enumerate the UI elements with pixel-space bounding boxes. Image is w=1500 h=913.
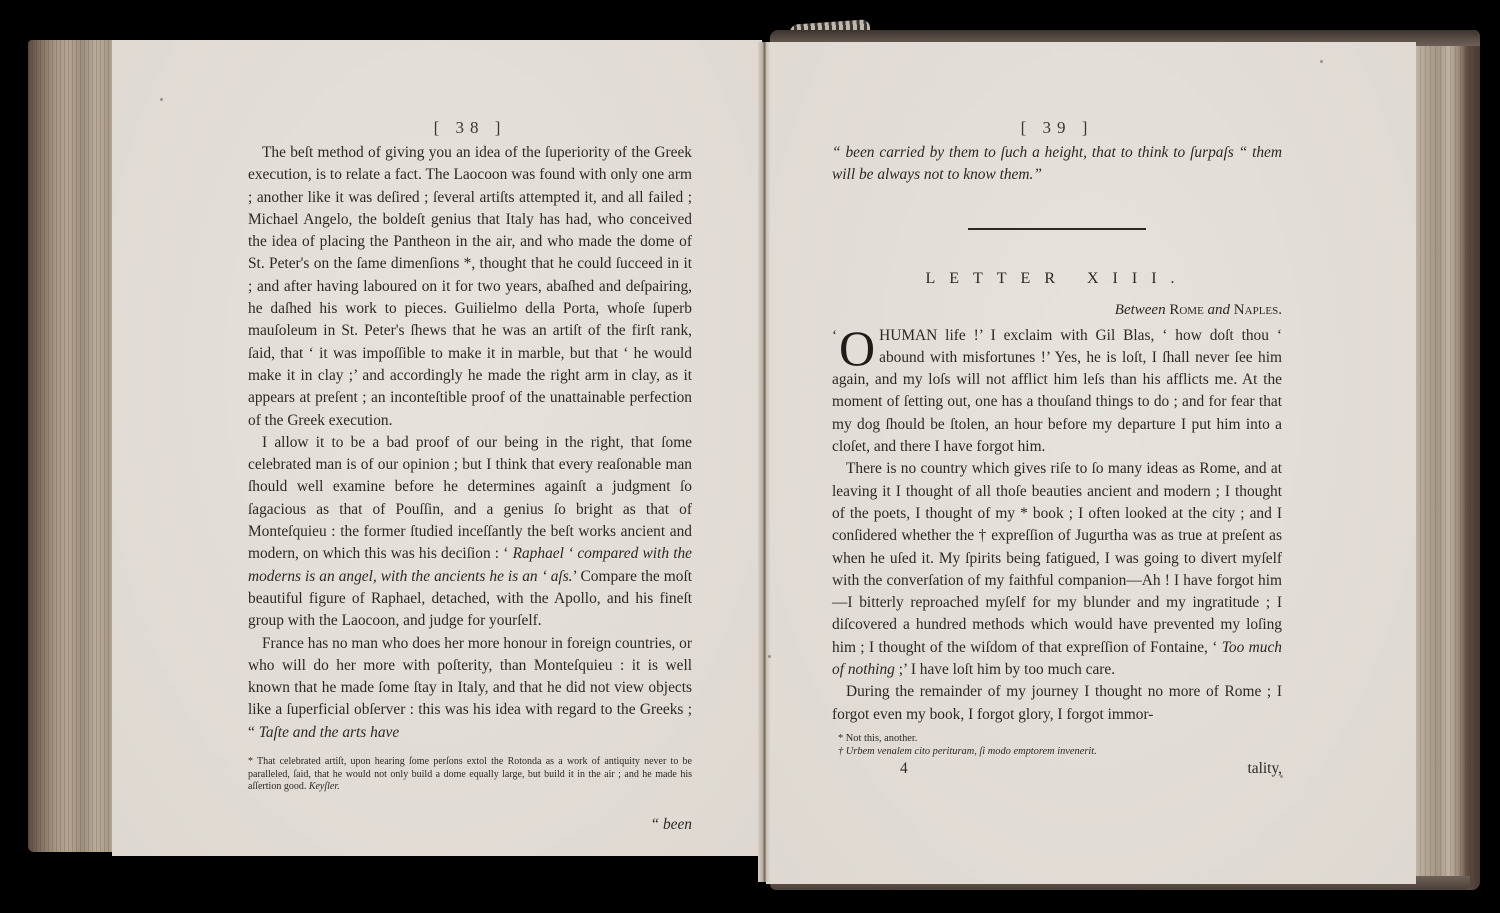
paragraph: ‘OHUMAN life !’ I exclaim with Gil Blas,… <box>832 325 1282 459</box>
left-page-text: [ 38 ] The beſt method of giving you an … <box>248 118 692 834</box>
right-page-text: [ 39 ] “ been carried by them to ſuch a … <box>832 118 1282 778</box>
page-number: [ 39 ] <box>832 118 1282 138</box>
paragraph: There is no country which gives riſe to … <box>832 458 1282 681</box>
book-gutter <box>758 42 770 882</box>
book-fore-edge-right <box>1410 30 1480 890</box>
footnote: * Not this, another. <box>838 732 1282 745</box>
paragraph: The beſt method of giving you an idea of… <box>248 142 692 432</box>
drop-cap: O <box>839 328 875 368</box>
signature-mark: 4 <box>832 760 908 778</box>
footnotes: * Not this, another. † Urbem venalem cit… <box>832 732 1282 758</box>
footnote: * That celebrated artiſt, upon hearing ſ… <box>248 756 692 794</box>
catchword: “ been <box>248 816 692 834</box>
dateline: Between Rome and Naples. <box>832 302 1282 319</box>
letter-heading: LETTER XIII. <box>832 270 1282 288</box>
paragraph: During the remainder of my journey I tho… <box>832 681 1282 726</box>
paragraph: I allow it to be a bad proof of our bein… <box>248 432 692 633</box>
paragraph: France has no man who does her more hono… <box>248 633 692 744</box>
section-divider <box>968 228 1146 230</box>
book-fore-edge-left <box>28 40 118 852</box>
page-number: [ 38 ] <box>248 118 692 138</box>
footnote: † Urbem venalem cito perituram, ſi modo … <box>838 745 1282 758</box>
quote-continuation: “ been carried by them to ſuch a height,… <box>832 142 1282 187</box>
page-footer: 4 tality, <box>832 760 1282 778</box>
catchword: tality, <box>1248 760 1282 778</box>
